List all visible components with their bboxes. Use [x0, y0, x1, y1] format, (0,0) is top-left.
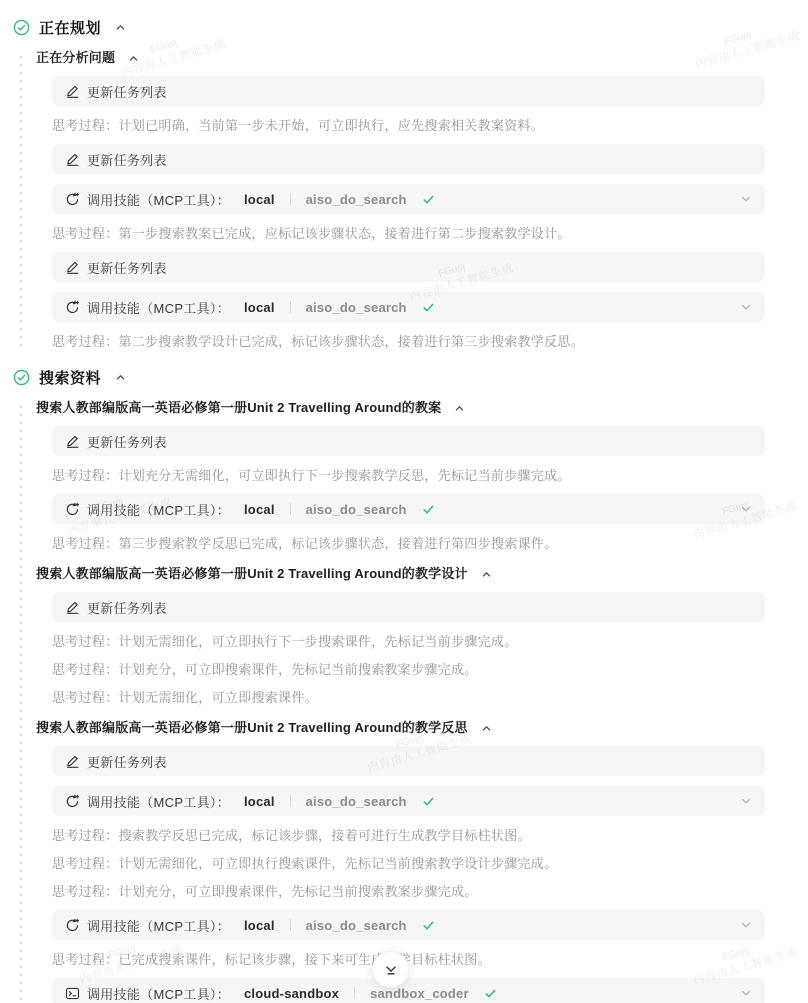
check-icon	[422, 301, 435, 314]
skill-call-row[interactable]: 调用技能（MCP工具）：localaiso_do_search	[52, 184, 765, 214]
check-icon	[422, 795, 435, 808]
pencil-icon	[65, 434, 80, 449]
update-task-row[interactable]: 更新任务列表	[52, 252, 765, 282]
skill-icon	[65, 192, 80, 207]
check-icon	[422, 919, 435, 932]
invoke-skill-label: 调用技能（MCP工具）：	[87, 916, 230, 935]
step-header[interactable]: 搜索人教部编版高一英语必修第一册Unit 2 Travelling Around…	[36, 720, 808, 736]
invoke-skill-label: 调用技能（MCP工具）：	[87, 792, 230, 811]
section-title: 搜索资料	[39, 367, 101, 388]
skill-server: cloud-sandbox	[244, 986, 339, 1001]
invoke-skill-label: 调用技能（MCP工具）：	[87, 984, 230, 1003]
skill-icon	[65, 794, 80, 809]
thinking-text: 思考过程：计划无需细化，可立即执行搜索课件，先标记当前搜索教学设计步骤完成。	[52, 856, 765, 872]
chevron-up-icon[interactable]	[128, 53, 139, 64]
skill-icon	[65, 918, 80, 933]
update-task-row[interactable]: 更新任务列表	[52, 592, 765, 622]
thinking-text: 思考过程：第一步搜索教案已完成，应标记该步骤状态，接着进行第二步搜索教学设计。	[52, 226, 765, 242]
thinking-text: 思考过程：计划已明确，当前第一步未开始，可立即执行，应先搜索相关教案资料。	[52, 118, 765, 134]
agent-log: 正在规划正在分析问题更新任务列表思考过程：计划已明确，当前第一步未开始，可立即执…	[0, 16, 808, 1003]
pencil-icon	[65, 152, 80, 167]
task-section: 正在规划正在分析问题更新任务列表思考过程：计划已明确，当前第一步未开始，可立即执…	[0, 16, 808, 350]
update-task-label: 更新任务列表	[87, 752, 167, 771]
update-task-row[interactable]: 更新任务列表	[52, 426, 765, 456]
skill-server: local	[244, 794, 275, 809]
separator	[290, 193, 291, 205]
terminal-icon	[65, 986, 80, 1001]
skill-icon	[65, 300, 80, 315]
chevron-down-icon[interactable]	[740, 301, 752, 313]
check-icon	[422, 503, 435, 516]
pencil-icon	[65, 754, 80, 769]
skill-tool: aiso_do_search	[306, 502, 407, 517]
step-header[interactable]: 正在分析问题	[36, 50, 808, 66]
step-title: 搜索人教部编版高一英语必修第一册Unit 2 Travelling Around…	[36, 400, 441, 416]
check-icon	[422, 193, 435, 206]
thinking-text: 思考过程：计划无需细化，可立即执行下一步搜索课件，先标记当前步骤完成。	[52, 634, 765, 650]
skill-call-row[interactable]: 调用技能（MCP工具）：localaiso_do_search	[52, 292, 765, 322]
separator	[354, 987, 355, 999]
skill-icon	[65, 502, 80, 517]
update-task-label: 更新任务列表	[87, 258, 167, 277]
sub-step: 搜索人教部编版高一英语必修第一册Unit 2 Travelling Around…	[0, 400, 808, 552]
chevron-down-icon[interactable]	[740, 987, 752, 999]
step-title: 搜索人教部编版高一英语必修第一册Unit 2 Travelling Around…	[36, 720, 468, 736]
sub-step: 搜索人教部编版高一英语必修第一册Unit 2 Travelling Around…	[0, 566, 808, 706]
pencil-icon	[65, 84, 80, 99]
task-section: 搜索资料搜索人教部编版高一英语必修第一册Unit 2 Travelling Ar…	[0, 366, 808, 1003]
skill-tool: aiso_do_search	[306, 794, 407, 809]
update-task-row[interactable]: 更新任务列表	[52, 746, 765, 776]
chevron-up-icon[interactable]	[115, 372, 126, 383]
scroll-to-bottom-icon	[382, 961, 400, 979]
chevron-down-icon[interactable]	[740, 919, 752, 931]
section-body: 正在分析问题更新任务列表思考过程：计划已明确，当前第一步未开始，可立即执行，应先…	[0, 50, 808, 350]
chevron-up-icon[interactable]	[481, 569, 492, 580]
invoke-skill-label: 调用技能（MCP工具）：	[87, 190, 230, 209]
thinking-text: 思考过程：计划无需细化，可立即搜索课件。	[52, 690, 765, 706]
pencil-icon	[65, 600, 80, 615]
invoke-skill-label: 调用技能（MCP工具）：	[87, 500, 230, 519]
scroll-to-bottom-button[interactable]	[372, 951, 409, 988]
invoke-skill-label: 调用技能（MCP工具）：	[87, 298, 230, 317]
skill-tool: aiso_do_search	[306, 918, 407, 933]
skill-server: local	[244, 300, 275, 315]
update-task-label: 更新任务列表	[87, 82, 167, 101]
step-title: 正在分析问题	[36, 50, 115, 66]
thinking-text: 思考过程：搜索教学反思已完成，标记该步骤，接着可进行生成教学目标柱状图。	[52, 828, 765, 844]
skill-call-row[interactable]: 调用技能（MCP工具）：cloud-sandboxsandbox_coder	[52, 978, 765, 1003]
step-title: 搜索人教部编版高一英语必修第一册Unit 2 Travelling Around…	[36, 566, 468, 582]
thinking-text: 思考过程：计划充分，可立即搜索课件，先标记当前搜索教案步骤完成。	[52, 884, 765, 900]
check-icon	[484, 987, 497, 1000]
chevron-down-icon[interactable]	[740, 795, 752, 807]
chevron-down-icon[interactable]	[740, 503, 752, 515]
pencil-icon	[65, 260, 80, 275]
thinking-text: 思考过程：计划充分无需细化，可立即执行下一步搜索教学反思，先标记当前步骤完成。	[52, 468, 765, 484]
separator	[290, 301, 291, 313]
thinking-text: 思考过程：计划充分，可立即搜索课件，先标记当前搜索教案步骤完成。	[52, 662, 765, 678]
update-task-row[interactable]: 更新任务列表	[52, 76, 765, 106]
step-header[interactable]: 搜索人教部编版高一英语必修第一册Unit 2 Travelling Around…	[36, 400, 808, 416]
chevron-up-icon[interactable]	[481, 723, 492, 734]
chevron-up-icon[interactable]	[115, 22, 126, 33]
separator	[290, 795, 291, 807]
section-title: 正在规划	[39, 17, 101, 38]
separator	[290, 919, 291, 931]
skill-server: local	[244, 502, 275, 517]
skill-call-row[interactable]: 调用技能（MCP工具）：localaiso_do_search	[52, 494, 765, 524]
section-header[interactable]: 搜索资料	[13, 366, 808, 388]
separator	[290, 503, 291, 515]
section-header[interactable]: 正在规划	[13, 16, 808, 38]
chevron-down-icon[interactable]	[740, 193, 752, 205]
skill-tool: aiso_do_search	[306, 300, 407, 315]
agent-task-log-page: 正在规划正在分析问题更新任务列表思考过程：计划已明确，当前第一步未开始，可立即执…	[0, 0, 808, 1003]
update-task-label: 更新任务列表	[87, 432, 167, 451]
update-task-row[interactable]: 更新任务列表	[52, 144, 765, 174]
step-header[interactable]: 搜索人教部编版高一英语必修第一册Unit 2 Travelling Around…	[36, 566, 808, 582]
update-task-label: 更新任务列表	[87, 598, 167, 617]
chevron-up-icon[interactable]	[454, 403, 465, 414]
skill-tool: sandbox_coder	[370, 986, 469, 1001]
thinking-text: 思考过程：第二步搜索教学设计已完成，标记该步骤状态，接着进行第三步搜索教学反思。	[52, 334, 765, 350]
skill-server: local	[244, 918, 275, 933]
thinking-text: 思考过程：第三步搜索教学反思已完成，标记该步骤状态，接着进行第四步搜索课件。	[52, 536, 765, 552]
section-body: 搜索人教部编版高一英语必修第一册Unit 2 Travelling Around…	[0, 400, 808, 1003]
skill-call-row[interactable]: 调用技能（MCP工具）：localaiso_do_search	[52, 786, 765, 816]
check-circle-icon	[13, 369, 30, 386]
skill-server: local	[244, 192, 275, 207]
skill-call-row[interactable]: 调用技能（MCP工具）：localaiso_do_search	[52, 910, 765, 940]
skill-tool: aiso_do_search	[306, 192, 407, 207]
check-circle-icon	[13, 19, 30, 36]
sub-step: 正在分析问题更新任务列表思考过程：计划已明确，当前第一步未开始，可立即执行，应先…	[0, 50, 808, 350]
update-task-label: 更新任务列表	[87, 150, 167, 169]
